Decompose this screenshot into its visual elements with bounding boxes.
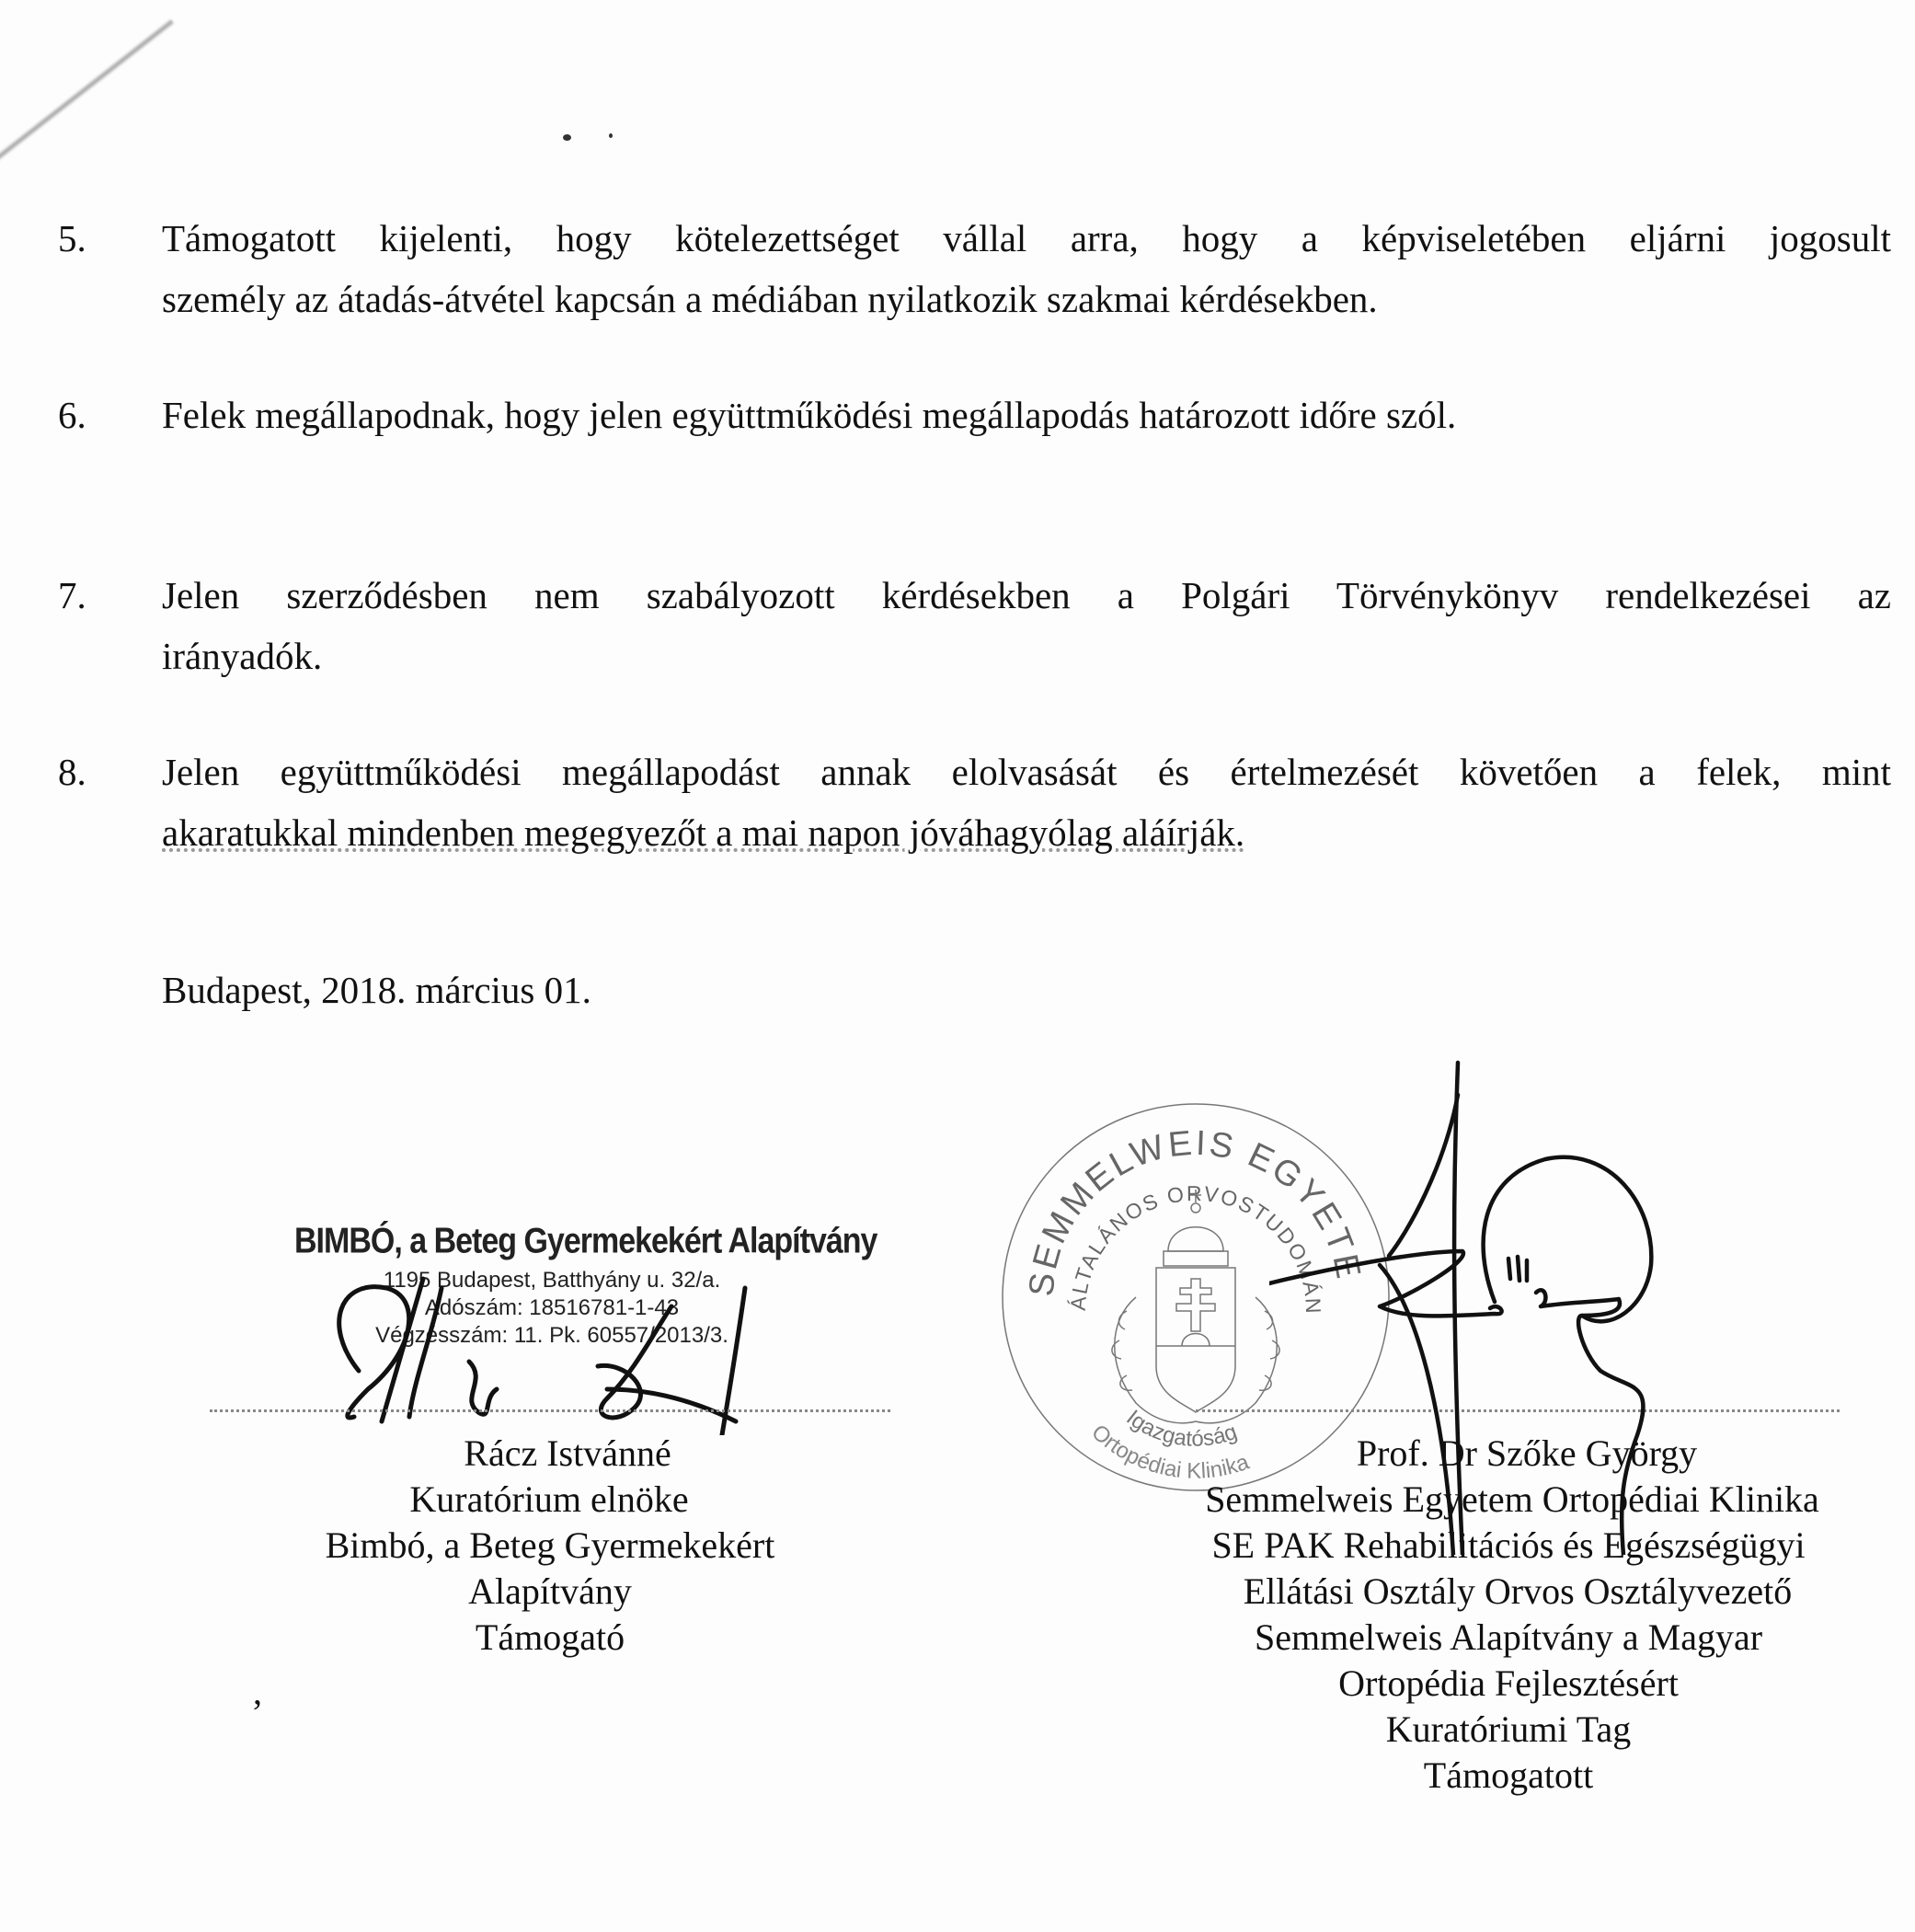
party-label: Támogatott — [1122, 1753, 1895, 1799]
signatory-title-line: Semmelweis Egyetem Ortopédiai Klinika — [1122, 1477, 1895, 1523]
clause-line: akaratukkal mindenben megegyezőt a mai n… — [162, 802, 1891, 863]
signatory-title-line: SE PAK Rehabilitációs és Egészségügyi — [1122, 1523, 1895, 1569]
stamp-ruling-number: Végzésszám: 11. Pk. 60557/2013/3. — [294, 1322, 809, 1350]
left-signatory: Rácz Istvánné Kuratórium elnöke Bimbó, a… — [210, 1431, 890, 1661]
signatory-title-line: Kuratóriumi Tag — [1122, 1707, 1895, 1753]
signatory-name: Prof. Dr Szőke György — [1122, 1431, 1895, 1477]
signatory-title-line: Ortopédia Fejlesztésért — [1122, 1661, 1895, 1707]
signatory-org-line: Alapítvány — [210, 1569, 890, 1615]
place-date: Budapest, 2018. március 01. — [162, 968, 591, 1012]
signatory-role: Kuratórium elnöke — [210, 1477, 890, 1523]
clause-number: 8. — [58, 742, 86, 802]
clause-line: irányadók. — [162, 626, 1891, 686]
signatory-title-line: Ellátási Osztály Orvos Osztályvezető — [1122, 1569, 1895, 1615]
clause-text: Jelen szerződésben nem szabályozott kérd… — [162, 565, 1891, 686]
signatory-name: Rácz Istvánné — [210, 1431, 890, 1477]
clause-line: Jelen szerződésben nem szabályozott kérd… — [162, 565, 1891, 626]
stamp-title: BIMBÓ, a Beteg Gyermekekért Alapítvány — [294, 1221, 809, 1262]
clause-number: 6. — [58, 385, 86, 445]
foundation-stamp: BIMBÓ, a Beteg Gyermekekért Alapítvány 1… — [294, 1224, 809, 1350]
paper-speck — [563, 134, 571, 141]
clause-text: Támogatott kijelenti, hogy kötelezettség… — [162, 208, 1891, 329]
clause-number: 5. — [58, 208, 86, 269]
stamp-tax-number: Adószám: 18516781-1-43 — [294, 1294, 809, 1322]
stray-comma: , — [253, 1670, 262, 1713]
signature-line — [1196, 1409, 1840, 1412]
document-page: 5. Támogatott kijelenti, hogy kötelezett… — [0, 0, 1915, 1932]
clause-line: Felek megállapodnak, hogy jelen együttmű… — [162, 385, 1891, 445]
signature-line — [210, 1409, 890, 1412]
clause-line: Támogatott kijelenti, hogy kötelezettség… — [162, 208, 1891, 269]
right-signatory: Prof. Dr Szőke György Semmelweis Egyetem… — [1122, 1431, 1895, 1799]
paper-fold-shadow — [0, 18, 175, 171]
paper-speck — [609, 133, 613, 138]
clause-text: Felek megállapodnak, hogy jelen együttmű… — [162, 385, 1891, 445]
signatory-title-line: Semmelweis Alapítvány a Magyar — [1122, 1615, 1895, 1661]
clause-line: Jelen együttműködési megállapodást annak… — [162, 742, 1891, 802]
clause-text: Jelen együttműködési megállapodást annak… — [162, 742, 1891, 863]
clause-number: 7. — [58, 565, 86, 626]
party-label: Támogató — [210, 1615, 890, 1661]
signatory-org-line: Bimbó, a Beteg Gyermekekért — [210, 1523, 890, 1569]
clause-line: személy az átadás-átvétel kapcsán a médi… — [162, 269, 1891, 329]
stamp-address: 1195 Budapest, Batthyány u. 32/a. — [294, 1267, 809, 1294]
